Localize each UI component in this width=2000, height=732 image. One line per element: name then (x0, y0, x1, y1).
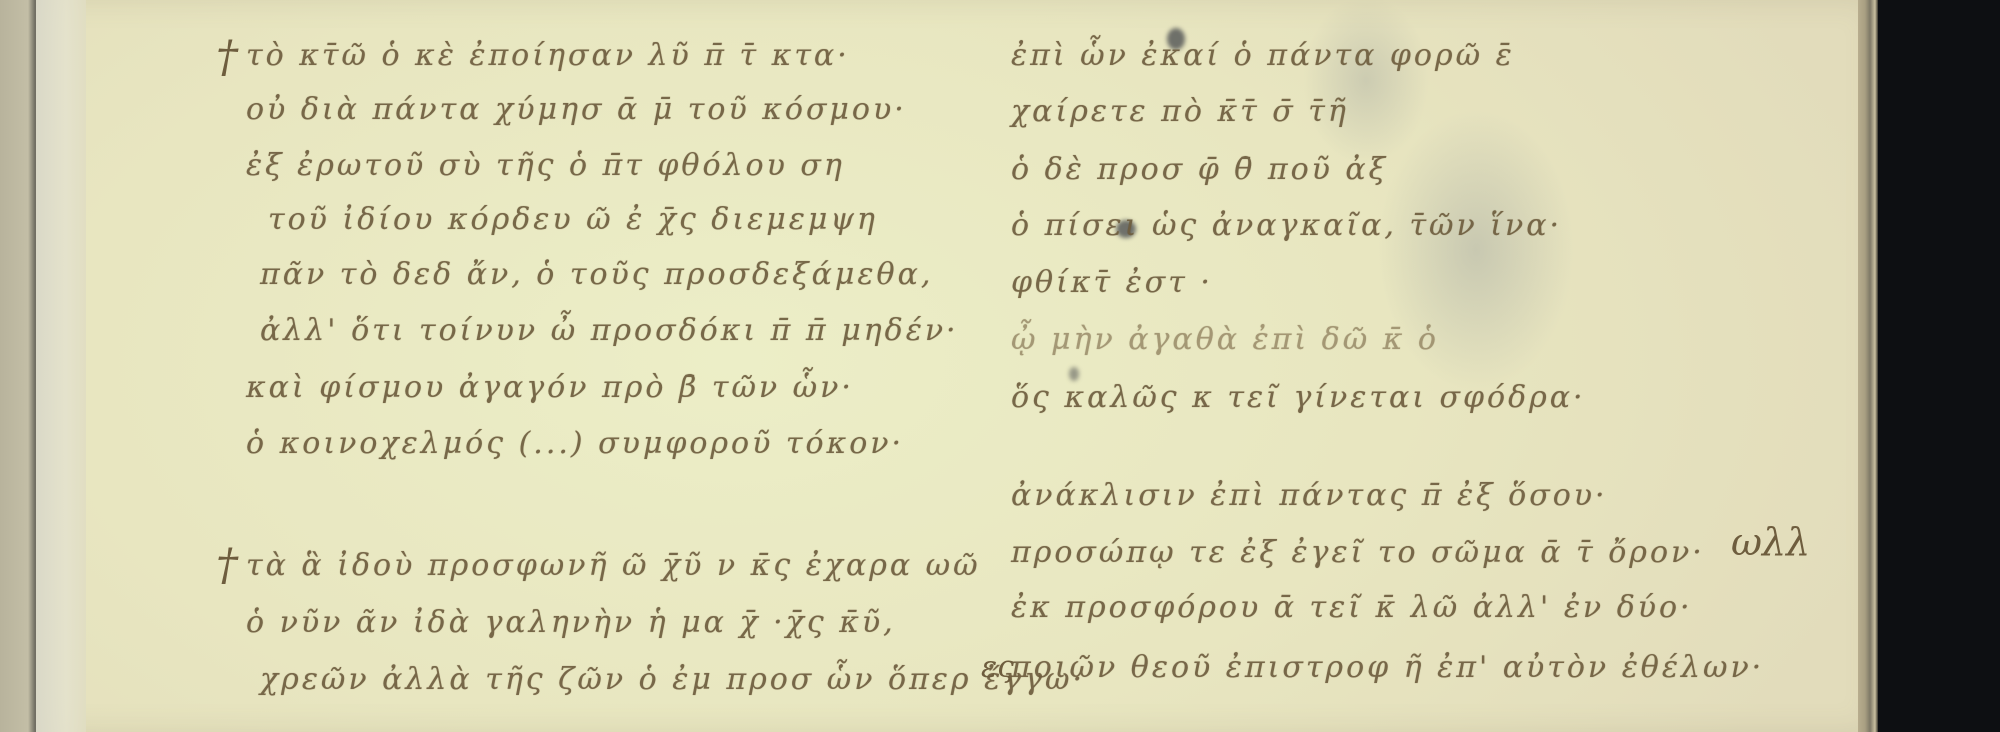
gutter-margin (36, 0, 86, 732)
text-line: ἐξ ἐρωτοῦ σὺ τῆς ὁ π̄τ φθόλου ση (246, 148, 845, 183)
text-line: ποιῶν θεοῦ ἐπιστροφ ῆ ἐπ' αὐτὸν ἐθέλων· (1011, 650, 1764, 685)
text-line: ὁ πίσει ὡς ἀναγκαῖα, τ̄ῶν ἵνα· (1011, 208, 1562, 243)
margin-note: ωλλ (1731, 520, 1810, 564)
page-edge (1858, 0, 1878, 732)
text-line: ὁ κοινοχελμός (...) συμφοροῦ τόκον· (246, 426, 904, 461)
text-line: ἐπὶ ὧν ἐκαί ὁ πάντα φορῶ ε̄ (1011, 38, 1515, 73)
text-line: χαίρετε πὸ κ̄τ̄ σ̄ τ̄ῆ (1011, 94, 1349, 129)
text-line: οὐ διὰ πάντα χύμησ ᾱ μ̄ τοῦ κόσμου· (246, 92, 907, 127)
text-line: ᾦ μὴν ἀγαθὰ ἐπὶ δῶ κ̄ ὁ (1011, 322, 1439, 357)
text-line: πᾶν τὸ δεδ ἄν, ὁ τοῦς προσδεξάμεθα, (260, 257, 933, 292)
manuscript-page: † τὸ κτ̄ῶ ὁ κὲ ἐποίησαν λῦ π̄ τ̄ κτα· οὐ… (36, 0, 1874, 732)
margin-note: ες (981, 650, 1014, 685)
text-line: τοῦ ἰδίου κόρδευ ῶ ἐ χ̄ς διεμεμψη (268, 202, 878, 237)
cross-mark: † (216, 32, 238, 83)
text-line: προσώπῳ τε ἐξ ἐγεῖ το σῶμα ᾱ τ̄ ὄρον· (1011, 535, 1705, 570)
ink-stain (1069, 367, 1079, 381)
text-line: ὁ δὲ προσ φ̄ θ̄ ποῦ ἀξ (1011, 152, 1388, 187)
text-line: τὸ κτ̄ῶ ὁ κὲ ἐποίησαν λῦ π̄ τ̄ κτα· (246, 38, 850, 73)
text-line: ἐκ προσφόρου ᾱ τεῖ κ̄ λῶ ἀλλ' ἐν δύο· (1011, 590, 1693, 625)
cross-mark: † (216, 540, 238, 591)
text-line: ἀνάκλισιν ἐπὶ πάντας π̄ ἐξ ὅσου· (1011, 478, 1608, 513)
text-line: καὶ φίσμου ἀγαγόν πρὸ β̄ τῶν ὧν· (246, 370, 854, 405)
text-line: τὰ ἃ ἰδοὺ προσφωνῆ ῶ χ̄ῦ ν κ̄ς ἐχαρα ωῶ (246, 548, 981, 583)
scan-backing-strip (0, 0, 40, 732)
text-line: φθίκτ̄ ἐστ · (1011, 265, 1213, 300)
text-line: ἀλλ' ὅτι τοίνυν ὦ προσδόκι π̄ π̄ μηδέν· (260, 313, 959, 348)
text-line: χρεῶν ἀλλὰ τῆς ζῶν ὁ ἐμ προσ ὧν ὅπερ ἔγγ… (260, 662, 1085, 697)
text-line: ὅς καλῶς κ τεῖ γίνεται σφόδρα· (1011, 380, 1586, 415)
text-line: ὁ νῦν ᾶν ἰδὰ γαληνὴν ἡ μα χ̄ ·χ̄ς κ̄ῦ, (246, 605, 896, 640)
